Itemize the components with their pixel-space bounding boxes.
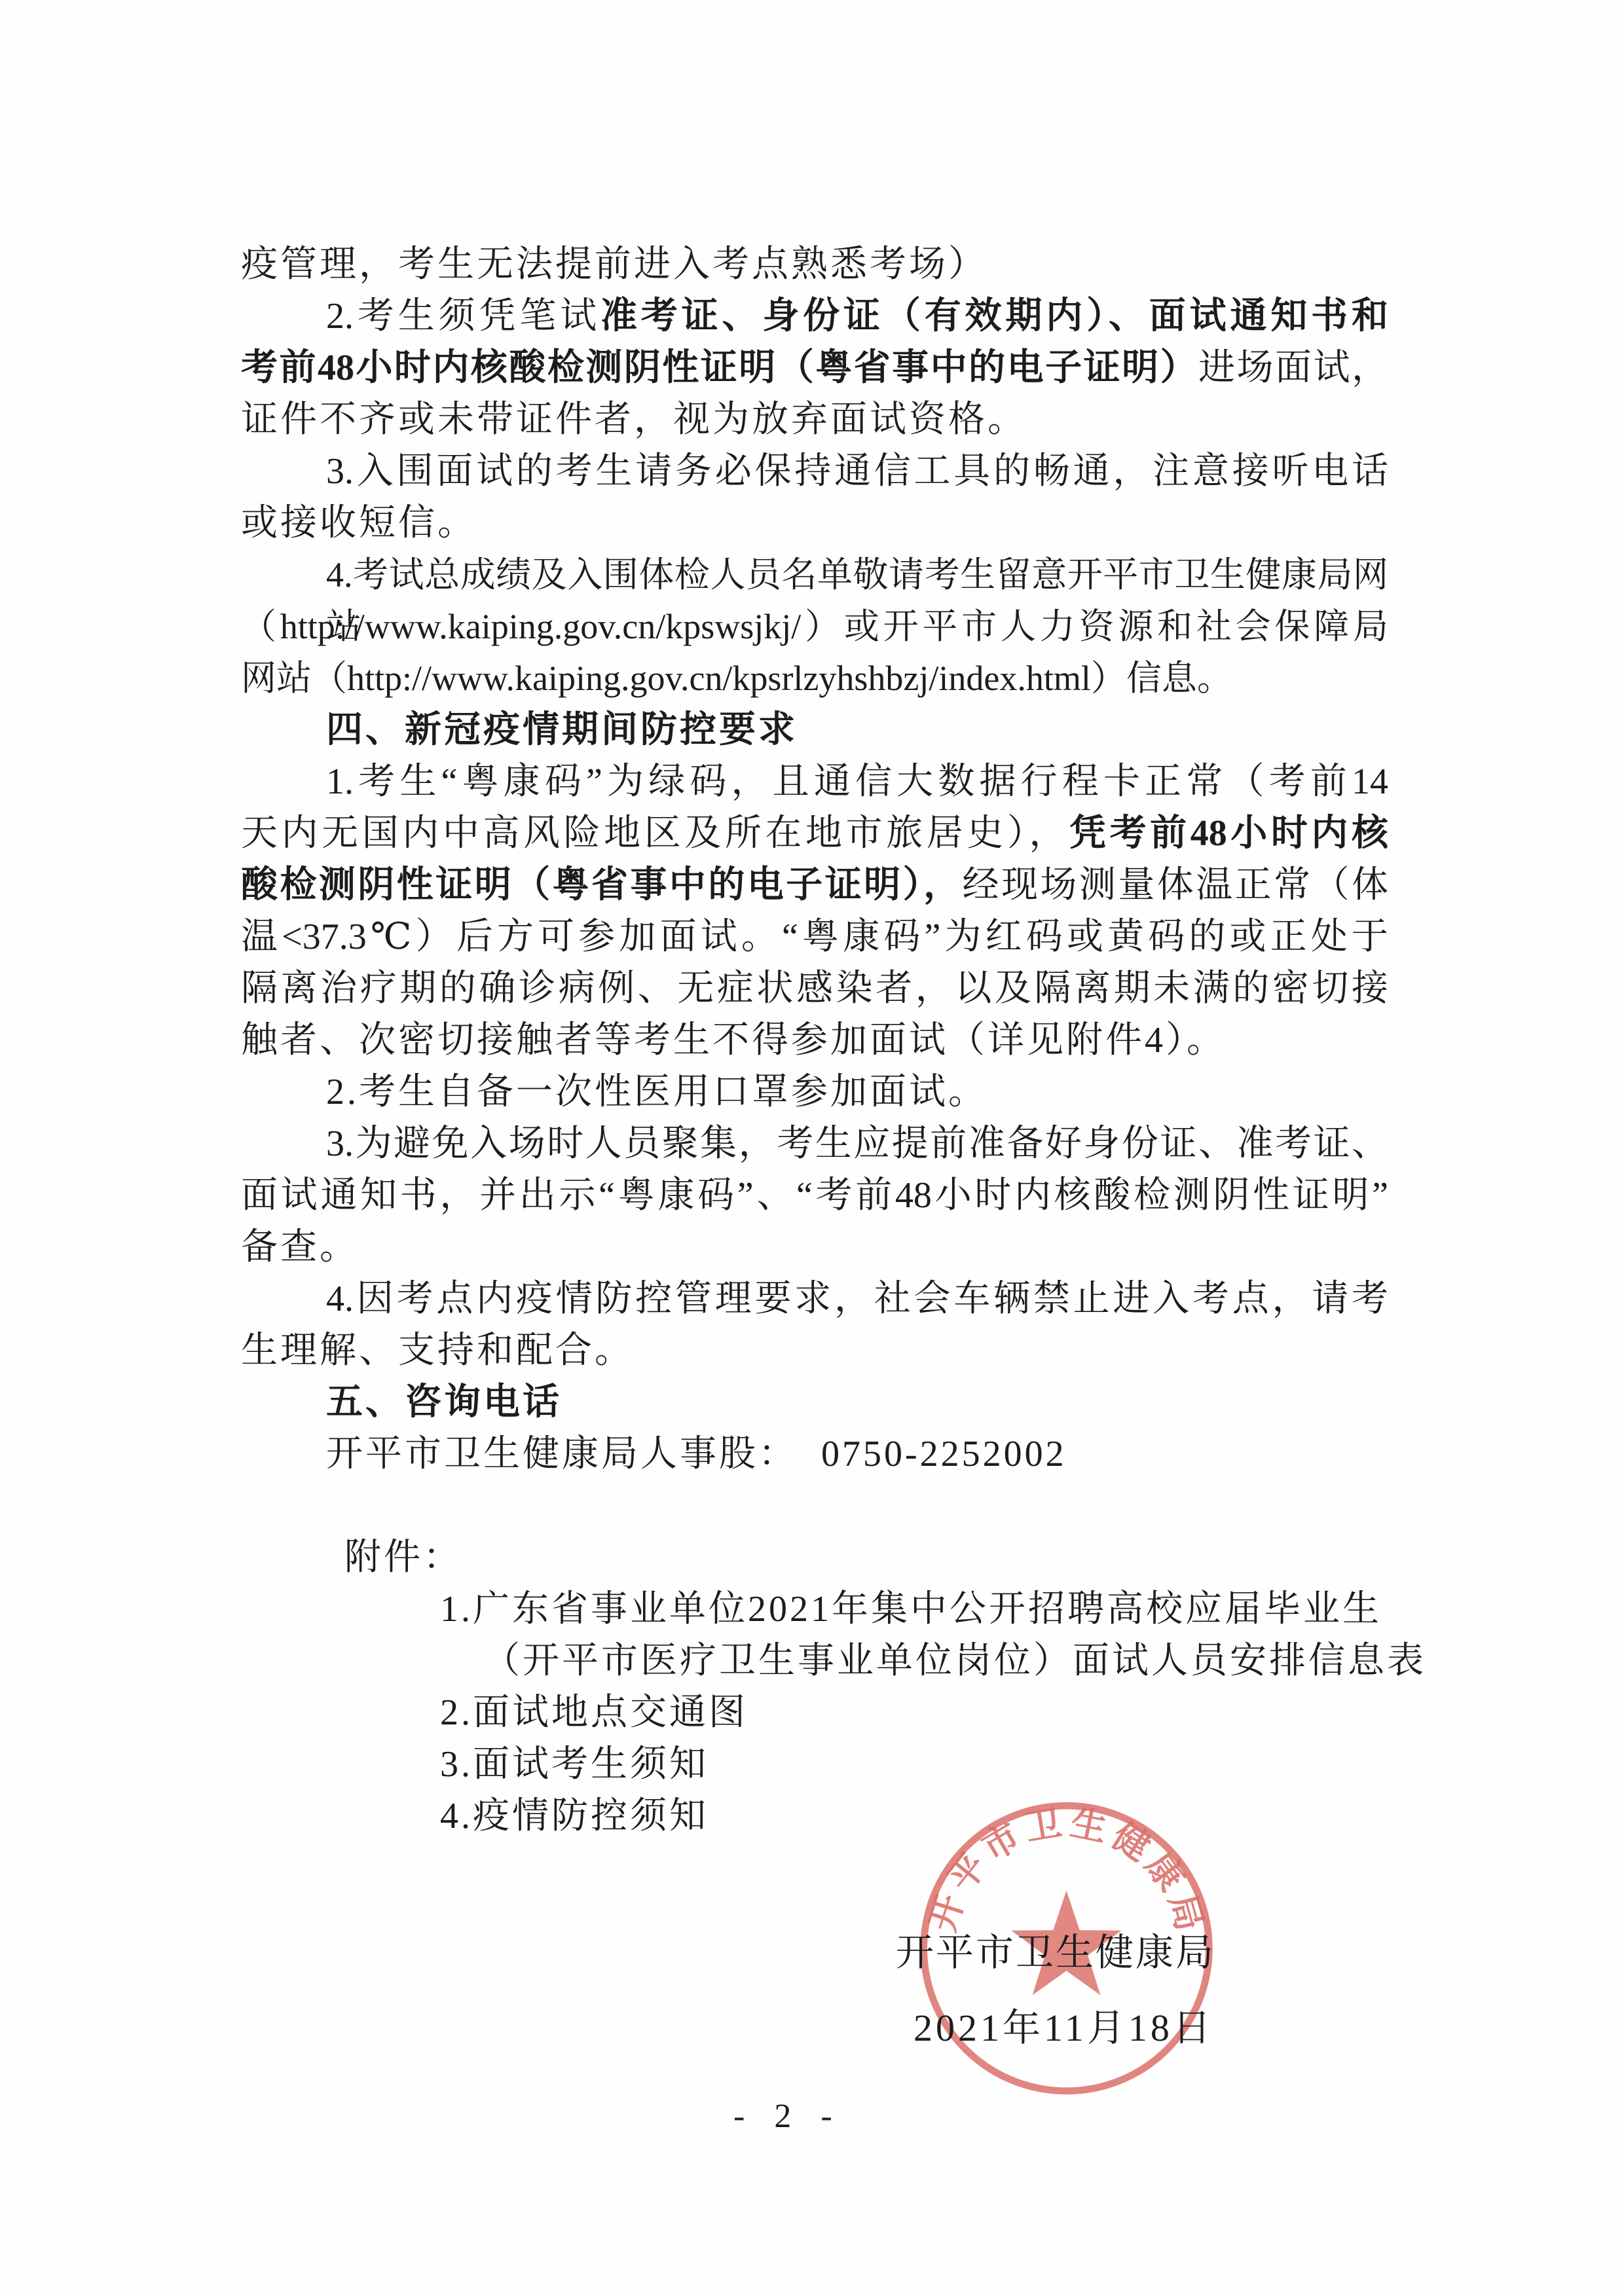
text-line: 备查。 xyxy=(241,1222,1388,1273)
body-text: （开平市医疗卫生事业单位岗位）面试人员安排信息表 xyxy=(483,1641,1426,1681)
text-line: 1.广东省事业单位2021年集中公开招聘高校应届毕业生 xyxy=(241,1584,1388,1635)
text-line xyxy=(241,1480,1388,1532)
body-text: 2.面试地点交通图 xyxy=(440,1692,748,1733)
body-text: 隔离治疗期的确诊病例、无症状感染者，以及隔离期未满的密切接 xyxy=(241,968,1388,1009)
body-text: 面试通知书，并出示“粤康码”、“考前48小时内核酸检测阴性证明” xyxy=(241,1175,1388,1216)
body-text: 证件不齐或未带证件者，视为放弃面试资格。 xyxy=(241,399,1027,440)
emphasized-text: 凭考前48小时内核 xyxy=(1069,813,1388,854)
text-line: （http://www.kaiping.gov.cn/kpswsjkj/）或开平… xyxy=(241,601,1388,653)
body-text: 3.面试考生须知 xyxy=(440,1744,709,1785)
text-line: 3.面试考生须知 xyxy=(241,1739,1388,1791)
text-line: 天内无国内中高风险地区及所在地市旅居史），凭考前48小时内核 xyxy=(241,808,1388,860)
body-text: 1.考生“粤康码”为绿码，且通信大数据行程卡正常（考前14 xyxy=(326,761,1388,802)
body-text: 开平市卫生健康局人事股： 0750-2252002 xyxy=(326,1434,1067,1474)
emphasized-text: 酸检测阴性证明（粤省事中的电子证明）， xyxy=(241,865,963,905)
text-line: 疫管理，考生无法提前进入考点熟悉考场） xyxy=(241,239,1388,291)
text-line: 证件不齐或未带证件者，视为放弃面试资格。 xyxy=(241,394,1388,446)
document-body: 疫管理，考生无法提前进入考点熟悉考场）2.考生须凭笔试准考证、身份证（有效期内）… xyxy=(241,239,1388,1842)
text-line: 1.考生“粤康码”为绿码，且通信大数据行程卡正常（考前14 xyxy=(241,756,1388,808)
body-text: 4.疫情防控须知 xyxy=(440,1796,709,1836)
signature-agency: 开平市卫生健康局 xyxy=(896,1922,1215,1977)
body-text: 天内无国内中高风险地区及所在地市旅居史）， xyxy=(241,813,1069,854)
body-text: （http://www.kaiping.gov.cn/kpswsjkj/）或开平… xyxy=(241,607,1388,646)
text-line: 附件： xyxy=(241,1532,1388,1584)
text-line: 网站（http://www.kaiping.gov.cn/kpsrlzyhshb… xyxy=(241,653,1388,704)
page-number: - 2 - xyxy=(733,2097,843,2136)
body-text: 备查。 xyxy=(241,1227,359,1267)
emphasized-text: 考前48小时内核酸检测阴性证明（粤省事中的电子证明） xyxy=(241,348,1198,388)
emphasized-text: 四、新冠疫情期间防控要求 xyxy=(326,710,798,750)
text-line: 4.因考点内疫情防控管理要求，社会车辆禁止进入考点，请考 xyxy=(241,1273,1388,1325)
body-text: 网站（http://www.kaiping.gov.cn/kpsrlzyhshb… xyxy=(241,659,1232,698)
text-line: 四、新冠疫情期间防控要求 xyxy=(241,704,1388,756)
text-line: 考前48小时内核酸检测阴性证明（粤省事中的电子证明）进场面试， xyxy=(241,342,1388,394)
body-text: 4.因考点内疫情防控管理要求，社会车辆禁止进入考点，请考 xyxy=(326,1279,1388,1319)
body-text: 2.考生自备一次性医用口罩参加面试。 xyxy=(326,1072,987,1112)
body-text: 触者、次密切接触者等考生不得参加面试（详见附件4）。 xyxy=(241,1020,1226,1061)
text-line: 2.面试地点交通图 xyxy=(241,1687,1388,1739)
text-line: 或接收短信。 xyxy=(241,498,1388,549)
body-text: 1.广东省事业单位2021年集中公开招聘高校应届毕业生 xyxy=(440,1589,1382,1630)
body-text: 经现场测量体温正常（体 xyxy=(963,865,1388,905)
text-line: 触者、次密切接触者等考生不得参加面试（详见附件4）。 xyxy=(241,1015,1388,1066)
body-text: 2.考生须凭笔试 xyxy=(326,296,600,337)
scanned-notice-page: { "page": { "number": "- 2 -" }, "body":… xyxy=(0,0,1624,2296)
body-text: 进场面试， xyxy=(1198,348,1388,388)
body-text: 温<37.3℃）后方可参加面试。“粤康码”为红码或黄码的或正处于 xyxy=(241,917,1388,957)
text-line: 酸检测阴性证明（粤省事中的电子证明），经现场测量体温正常（体 xyxy=(241,860,1388,911)
text-line: 五、咨询电话 xyxy=(241,1377,1388,1429)
text-line: 生理解、支持和配合。 xyxy=(241,1325,1388,1377)
text-line: 2.考生须凭笔试准考证、身份证（有效期内）、面试通知书和 xyxy=(241,291,1388,342)
text-line: （开平市医疗卫生事业单位岗位）面试人员安排信息表 xyxy=(241,1635,1388,1687)
body-text: 3.入围面试的考生请务必保持通信工具的畅通，注意接听电话 xyxy=(326,451,1388,492)
emphasized-text: 准考证、身份证（有效期内）、面试通知书和 xyxy=(600,296,1388,337)
text-line: 温<37.3℃）后方可参加面试。“粤康码”为红码或黄码的或正处于 xyxy=(241,911,1388,963)
body-text: 3.为避免入场时人员聚集，考生应提前准备好身份证、准考证、 xyxy=(326,1123,1388,1164)
text-line: 隔离治疗期的确诊病例、无症状感染者，以及隔离期未满的密切接 xyxy=(241,963,1388,1015)
body-text: 或接收短信。 xyxy=(241,503,477,543)
text-line: 4.考试总成绩及入围体检人员名单敬请考生留意开平市卫生健康局网站 xyxy=(241,549,1388,601)
body-text: 附件： xyxy=(344,1537,462,1578)
text-line: 3.入围面试的考生请务必保持通信工具的畅通，注意接听电话 xyxy=(241,446,1388,498)
body-text: 生理解、支持和配合。 xyxy=(241,1330,634,1371)
signature-date: 2021年11月18日 xyxy=(913,1997,1214,2052)
text-line: 面试通知书，并出示“粤康码”、“考前48小时内核酸检测阴性证明” xyxy=(241,1170,1388,1222)
text-line: 开平市卫生健康局人事股： 0750-2252002 xyxy=(241,1429,1388,1480)
emphasized-text: 五、咨询电话 xyxy=(326,1382,562,1423)
text-line: 2.考生自备一次性医用口罩参加面试。 xyxy=(241,1066,1388,1118)
text-line: 3.为避免入场时人员聚集，考生应提前准备好身份证、准考证、 xyxy=(241,1118,1388,1170)
body-text: 疫管理，考生无法提前进入考点熟悉考场） xyxy=(241,244,987,285)
